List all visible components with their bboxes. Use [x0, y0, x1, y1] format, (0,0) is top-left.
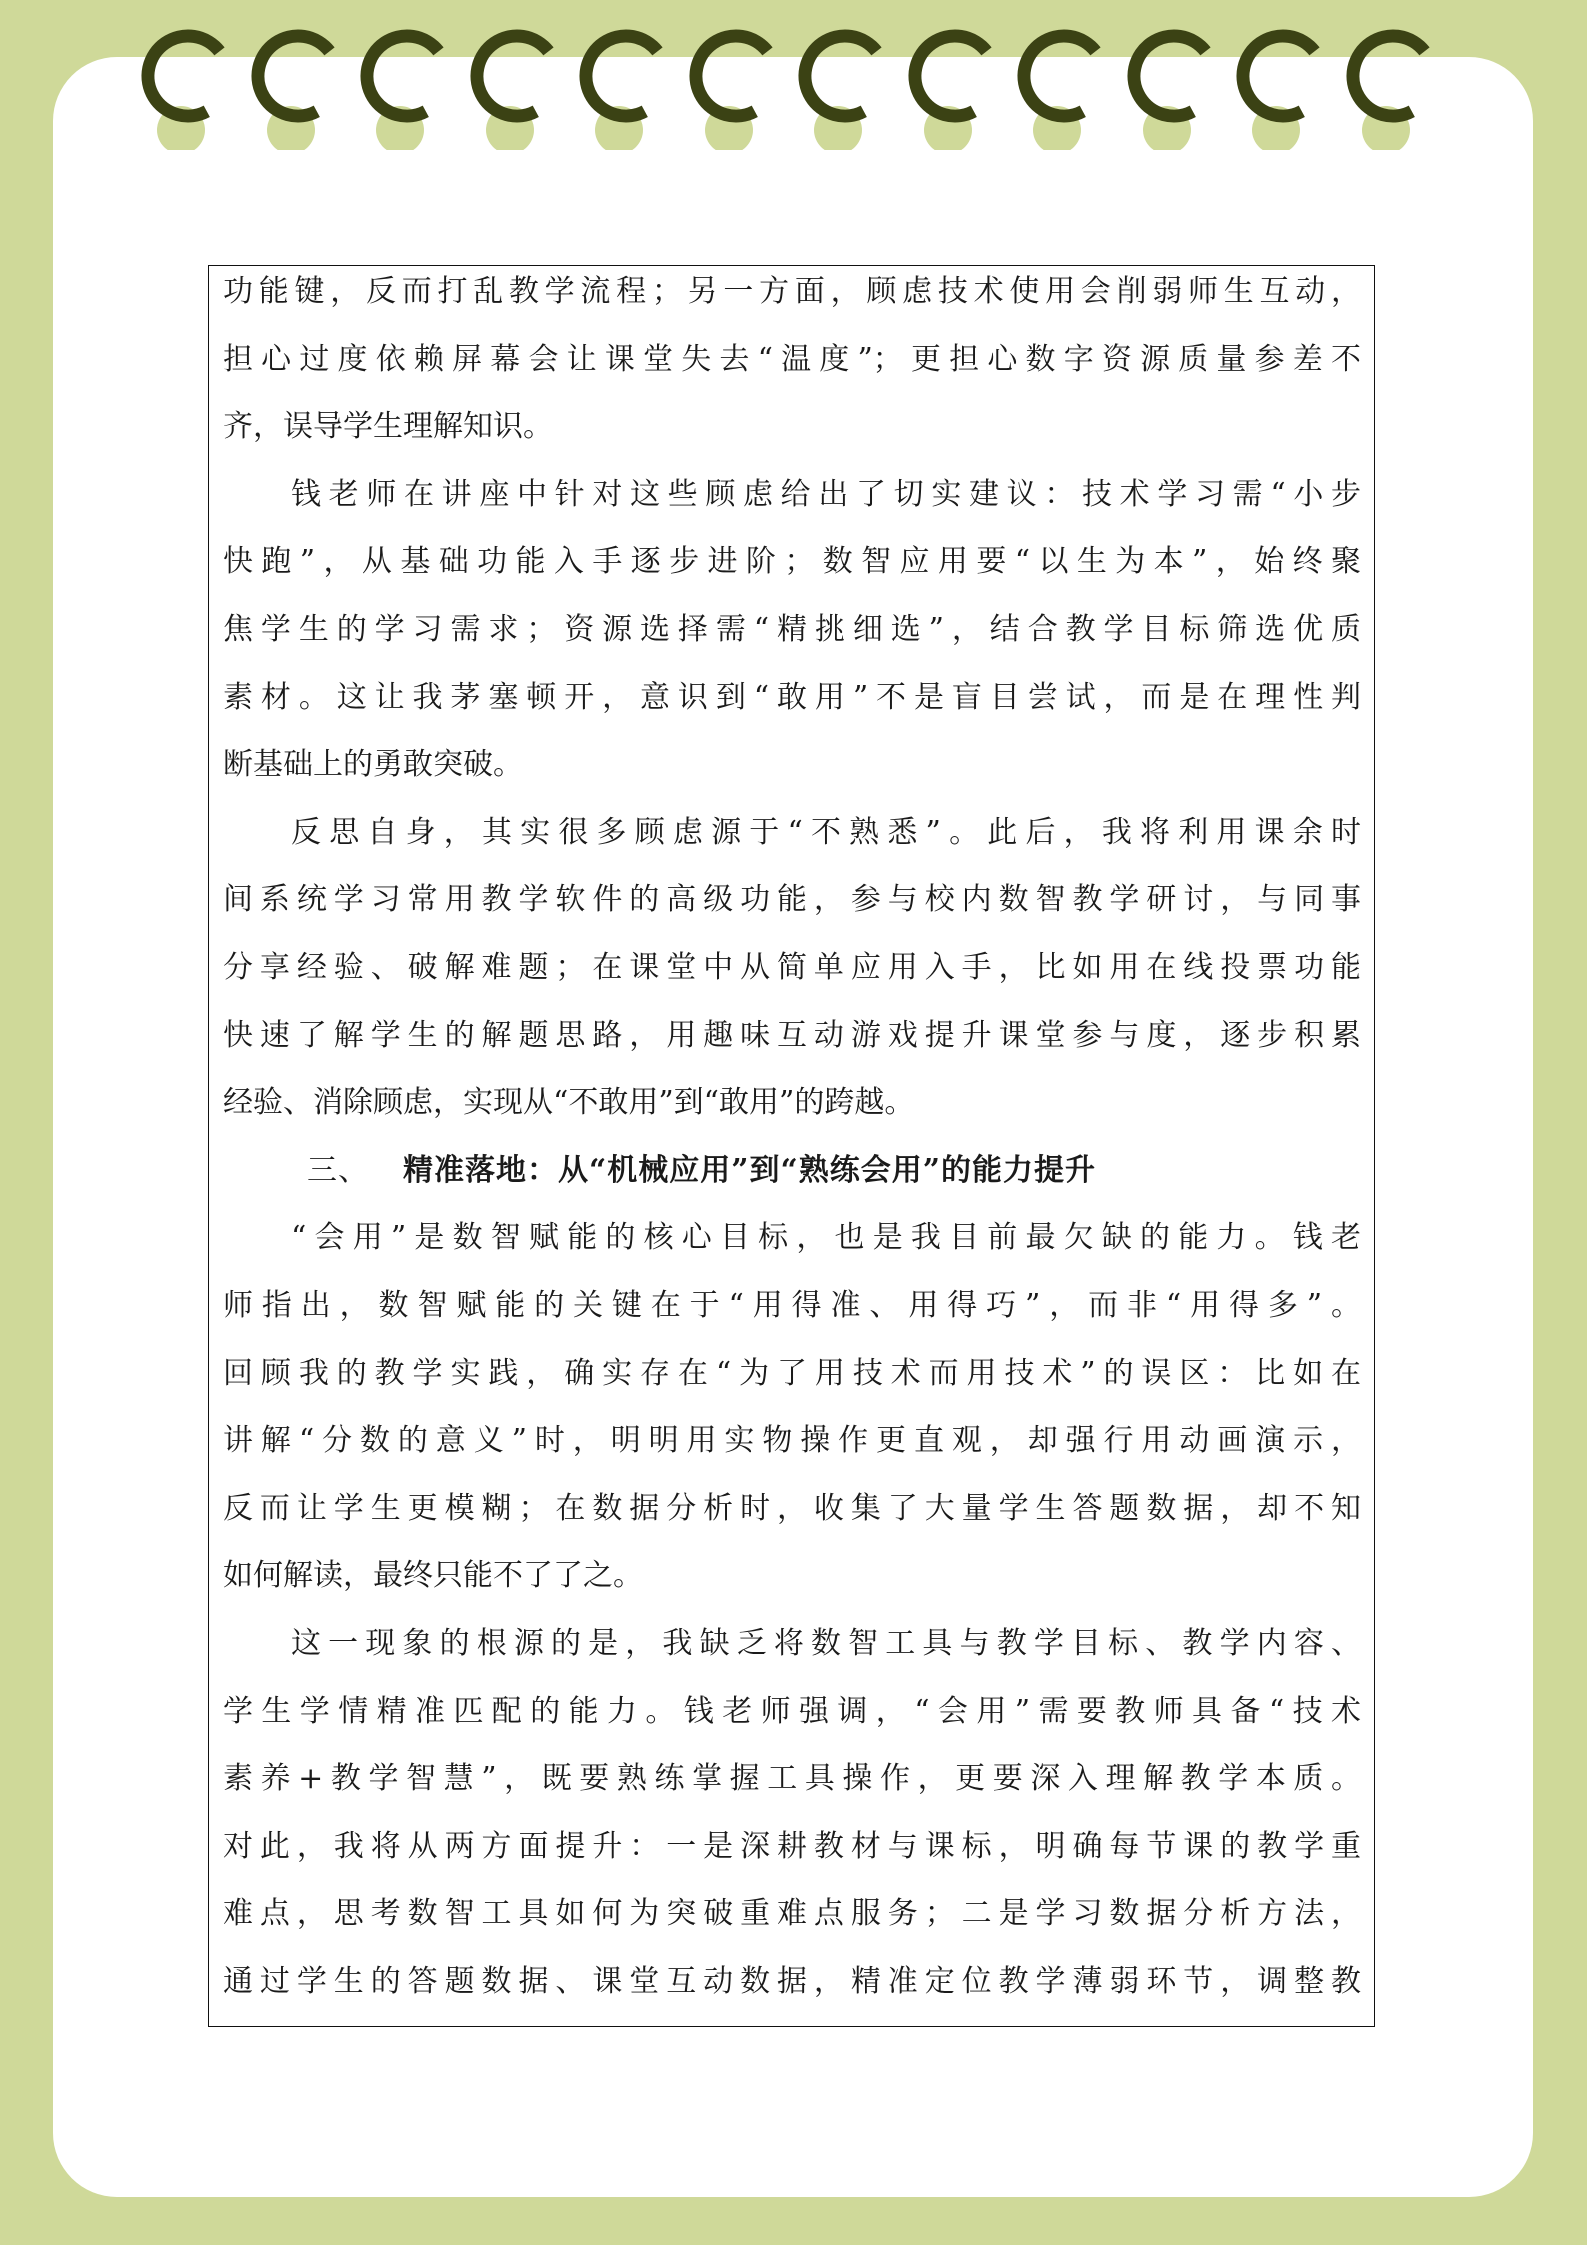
text-line: 担心过度依赖屏幕会让课堂失去“温度”；更担心数字资源质量参差不: [223, 340, 1361, 380]
text-line: 功能键，反而打乱教学流程；另一方面，顾虑技术使用会削弱师生互动，: [223, 272, 1361, 312]
text-line: 齐，误导学生理解知识。: [223, 407, 1361, 447]
text-line: 难点，思考数智工具如何为突破重难点服务；二是学习数据分析方法，: [223, 1894, 1361, 1934]
text-line: 素养+教学智慧”，既要熟练掌握工具操作，更要深入理解教学本质。: [223, 1759, 1361, 1799]
spiral-ring-icon: [895, 20, 1005, 150]
spiral-ring-icon: [128, 20, 238, 150]
spiral-ring-icon: [238, 20, 348, 150]
spiral-ring-icon: [1114, 20, 1224, 150]
text-line: 师指出，数智赋能的关键在于“用得准、用得巧”，而非“用得多”。: [223, 1286, 1361, 1326]
spiral-ring-icon: [676, 20, 786, 150]
essay-text-box: 功能键，反而打乱教学流程；另一方面，顾虑技术使用会削弱师生互动，担心过度依赖屏幕…: [208, 265, 1375, 2027]
text-line: 通过学生的答题数据、课堂互动数据，精准定位教学薄弱环节，调整教: [223, 1962, 1361, 2002]
text-line: 如何解读，最终只能不了了之。: [223, 1556, 1361, 1596]
text-line: 焦学生的学习需求；资源选择需“精挑细选”，结合教学目标筛选优质: [223, 610, 1361, 650]
text-line: 反思自身，其实很多顾虑源于“不熟悉”。此后，我将利用课余时: [223, 813, 1361, 853]
text-line: 讲解“分数的意义”时，明明用实物操作更直观，却强行用动画演示，: [223, 1421, 1361, 1461]
text-line: 学生学情精准匹配的能力。钱老师强调，“会用”需要教师具备“技术: [223, 1692, 1361, 1732]
text-line: 回顾我的教学实践，确实存在“为了用技术而用技术”的误区：比如在: [223, 1354, 1361, 1394]
text-line: 这一现象的根源的是，我缺乏将数智工具与教学目标、教学内容、: [223, 1624, 1361, 1664]
spiral-ring-icon: [347, 20, 457, 150]
text-line: 素材。这让我茅塞顿开，意识到“敢用”不是盲目尝试，而是在理性判: [223, 678, 1361, 718]
text-line: 分享经验、破解难题；在课堂中从简单应用入手，比如用在线投票功能: [223, 948, 1361, 988]
text-line: 经验、消除顾虑，实现从“不敢用”到“敢用”的跨越。: [223, 1083, 1361, 1123]
spiral-ring-icon: [1223, 20, 1333, 150]
text-line: “会用”是数智赋能的核心目标，也是我目前最欠缺的能力。钱老: [223, 1218, 1361, 1258]
text-line: 钱老师在讲座中针对这些顾虑给出了切实建议：技术学习需“小步: [223, 475, 1361, 515]
text-line: 断基础上的勇敢突破。: [223, 745, 1361, 785]
spiral-ring-icon: [1004, 20, 1114, 150]
spiral-ring-icon: [566, 20, 676, 150]
section-heading: 三、精准落地：从“机械应用”到“熟练会用”的能力提升: [223, 1151, 1361, 1191]
text-line: 对此，我将从两方面提升：一是深耕教材与课标，明确每节课的教学重: [223, 1827, 1361, 1867]
spiral-ring-icon: [457, 20, 567, 150]
section-title: 精准落地：从“机械应用”到“熟练会用”的能力提升: [403, 1153, 1096, 1188]
spiral-ring-icon: [1333, 20, 1443, 150]
text-line: 反而让学生更模糊；在数据分析时，收集了大量学生答题数据，却不知: [223, 1489, 1361, 1529]
text-line: 快速了解学生的解题思路，用趣味互动游戏提升课堂参与度，逐步积累: [223, 1016, 1361, 1056]
text-line: 快跑”，从基础功能入手逐步进阶；数智应用要“以生为本”，始终聚: [223, 542, 1361, 582]
spiral-ring-icon: [785, 20, 895, 150]
section-number: 三、: [307, 1153, 369, 1188]
text-line: 间系统学习常用教学软件的高级功能，参与校内数智教学研讨，与同事: [223, 880, 1361, 920]
spiral-binding: [0, 0, 1587, 170]
